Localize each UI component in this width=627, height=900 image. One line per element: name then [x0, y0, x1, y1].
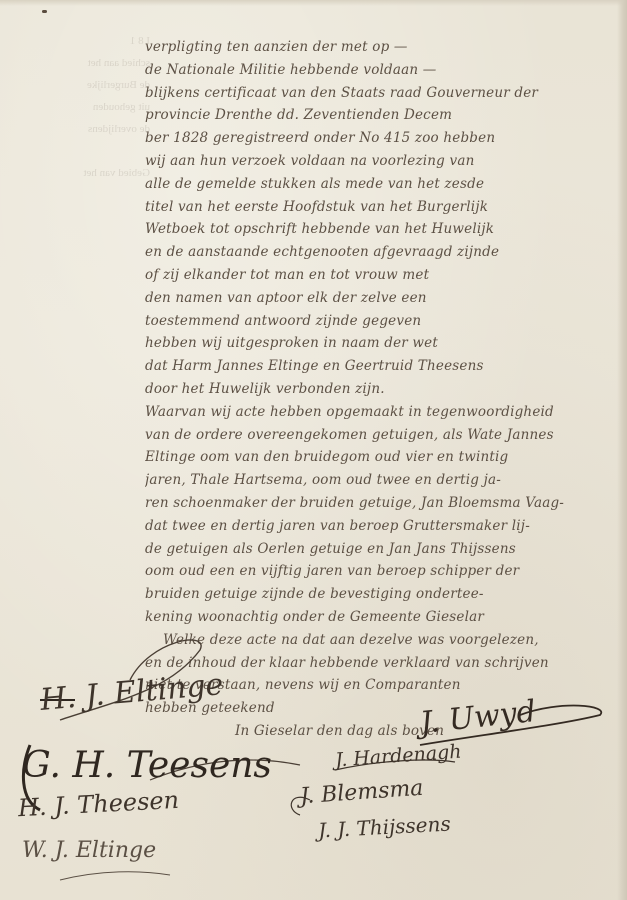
bleed-through-text: I 8 1 schied aan het de Burgerlijke uit … — [40, 30, 150, 184]
text-line: door het Huwelijk verbonden zijn. — [145, 378, 615, 401]
text-line: den namen van aptoor elk der zelve een — [145, 287, 615, 310]
bleed-line: I 8 1 — [40, 30, 150, 52]
text-line: ren schoenmaker der bruiden getuige, Jan… — [145, 492, 615, 515]
text-line: Wetboek tot opschrift hebbende van het H… — [145, 218, 615, 241]
text-line: Waarvan wij acte hebben opgemaakt in teg… — [145, 401, 615, 424]
text-line: oom oud een en vijftig jaren van beroep … — [145, 560, 615, 583]
text-line: van de ordere overeengekomen getuigen, a… — [145, 424, 615, 447]
text-line: Eltinge oom van den bruidegom oud vier e… — [145, 446, 615, 469]
bleed-line: schied aan het — [40, 52, 150, 74]
text-line: bruiden getuige zijnde de bevestiging on… — [145, 583, 615, 606]
text-line: wij aan hun verzoek voldaan na voorlezin… — [145, 150, 615, 173]
bleed-line: de Burgerlijke — [40, 74, 150, 96]
text-line: dat Harm Jannes Eltinge en Geertruid The… — [145, 355, 615, 378]
text-line: jaren, Thale Hartsema, oom oud twee en d… — [145, 469, 615, 492]
bleed-line: de overlijdens — [40, 118, 150, 140]
text-line: toestemmend antwoord zijnde gegeven — [145, 310, 615, 333]
text-line: provincie Drenthe dd. Zeventienden Decem — [145, 104, 615, 127]
signature: J. J. Thijssens — [317, 812, 451, 843]
text-line: verpligting ten aanzien der met op — — [145, 36, 615, 59]
text-line: titel van het eerste Hoofdstuk van het B… — [145, 196, 615, 219]
document-page: I 8 1 schied aan het de Burgerlijke uit … — [0, 0, 627, 900]
signature: H. J. Theesen — [17, 786, 179, 822]
text-line: hebben wij uitgesproken in naam der wet — [145, 332, 615, 355]
text-line: de Nationale Militie hebbende voldaan — — [145, 59, 615, 82]
text-line: of zij elkander tot man en tot vrouw met — [145, 264, 615, 287]
text-line: de getuigen als Oerlen getuige en Jan Ja… — [145, 538, 615, 561]
signature: G. H. Teesens — [22, 745, 272, 786]
text-line: dat twee en dertig jaren van beroep Grut… — [145, 515, 615, 538]
signature: W. J. Eltinge — [22, 838, 156, 863]
bleed-line: uit gehouden — [40, 96, 150, 118]
text-line: In Gieselar den dag als boven — [145, 720, 615, 743]
text-line: Welke deze acte na dat aan dezelve was v… — [145, 629, 615, 652]
text-line: en de aanstaande echtgenooten afgevraagd… — [145, 241, 615, 264]
margin-ink-mark — [42, 10, 47, 13]
bleed-line — [40, 140, 150, 162]
text-line: blijkens certificaat van den Staats raad… — [145, 82, 615, 105]
text-line: alle de gemelde stukken als mede van het… — [145, 173, 615, 196]
signature: J. Hardenagh — [334, 741, 462, 772]
signature: J. Blemsma — [299, 776, 424, 810]
bleed-line: Gebied van het — [40, 162, 150, 184]
handwritten-body: verpligting ten aanzien der met op — de … — [145, 36, 615, 743]
text-line: kening woonachtig onder de Gemeente Gies… — [145, 606, 615, 629]
text-line: ber 1828 geregistreerd onder No 415 zoo … — [145, 127, 615, 150]
